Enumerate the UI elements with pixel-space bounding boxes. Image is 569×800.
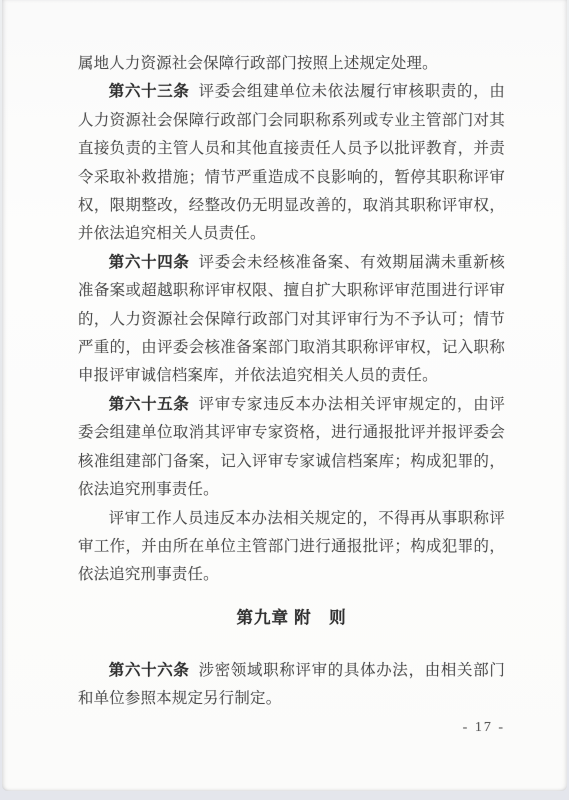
scan-backdrop: 属地人力资源社会保障行政部门按照上述规定处理。 第六十三条评委会组建单位未依法履… <box>0 0 569 800</box>
paragraph-continuation: 属地人力资源社会保障行政部门按照上述规定处理。 <box>78 50 505 78</box>
paragraph-article-64: 第六十四条评委会未经核准备案、有效期届满未重新核准备案或超越职称评审权限、擅自扩… <box>78 249 505 391</box>
article-number: 第六十四条 <box>109 254 190 271</box>
article-number: 第六十六条 <box>109 662 190 679</box>
article-number: 第六十五条 <box>109 396 190 413</box>
paragraph-text: 评委会未经核准备案、有效期届满未重新核准备案或超越职称评审权限、擅自扩大职称评审… <box>78 254 505 385</box>
chapter-heading: 第九章 附 则 <box>78 604 505 632</box>
paragraph-text: 评委会组建单位未依法履行审核职责的，由人力资源社会保障行政部门会同职称系列或专业… <box>78 83 505 242</box>
paragraph-article-65: 第六十五条评审专家违反本办法相关评审规定的，由评委会组建单位取消其评审专家资格，… <box>78 391 505 505</box>
paragraph-article-66: 第六十六条涉密领域职称评审的具体办法，由相关部门和单位参照本规定另行制定。 <box>78 657 505 714</box>
paragraph-review-staff: 评审工作人员违反本办法相关规定的，不得再从事职称评审工作，并由所在单位主管部门进… <box>78 505 505 590</box>
paragraph-text: 属地人力资源社会保障行政部门按照上述规定处理。 <box>78 55 438 72</box>
document-body: 属地人力资源社会保障行政部门按照上述规定处理。 第六十三条评委会组建单位未依法履… <box>2 0 567 791</box>
paragraph-text: 评审工作人员违反本办法相关规定的，不得再从事职称评审工作，并由所在单位主管部门进… <box>78 510 505 584</box>
document-page: 属地人力资源社会保障行政部门按照上述规定处理。 第六十三条评委会组建单位未依法履… <box>2 0 567 791</box>
page-number: - 17 - <box>78 717 505 739</box>
article-number: 第六十三条 <box>109 83 190 100</box>
paragraph-article-63: 第六十三条评委会组建单位未依法履行审核职责的，由人力资源社会保障行政部门会同职称… <box>78 78 505 248</box>
